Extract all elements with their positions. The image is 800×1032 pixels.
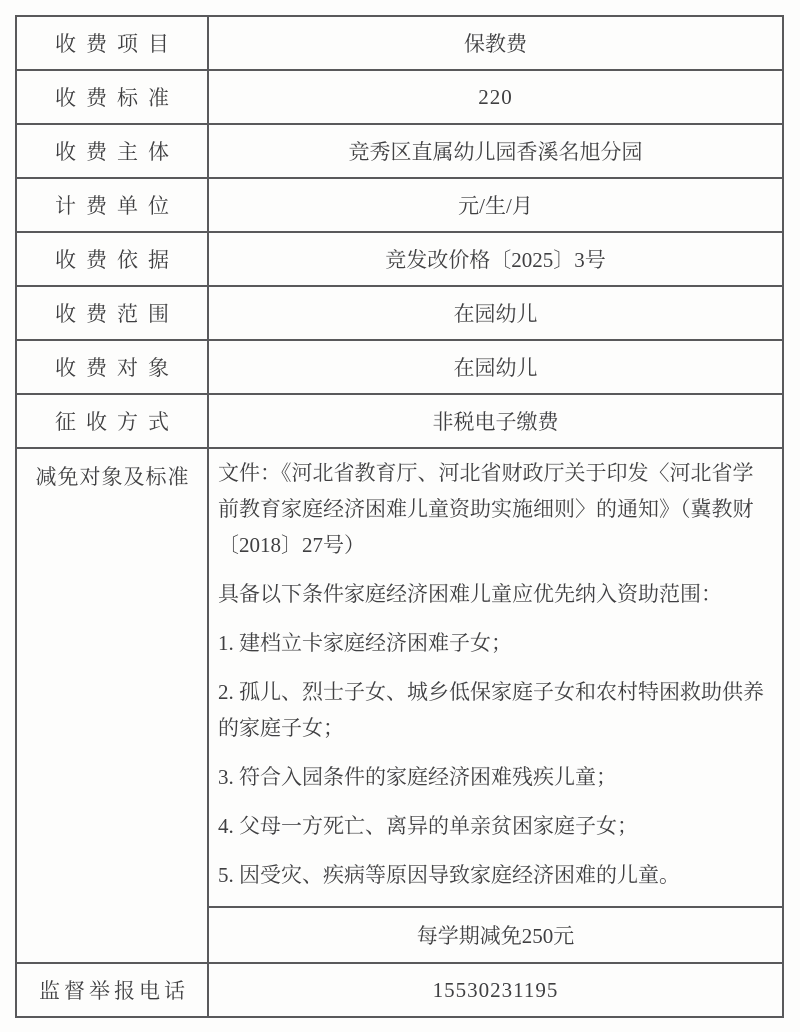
table-row: 收费依据 竞发改价格〔2025〕3号: [17, 233, 782, 287]
table-row: 收费标准 220: [17, 71, 782, 125]
row-label-fee-item: 收费项目: [17, 17, 209, 69]
reduction-paragraph: 1. 建档立卡家庭经济困难子女；: [218, 625, 772, 661]
row-label-report-hotline: 监督举报电话: [17, 964, 209, 1016]
row-value-collection-method: 非税电子缴费: [209, 395, 782, 447]
reduction-paragraph: 5. 因受灾、疾病等原因导致家庭经济困难的儿童。: [218, 857, 772, 893]
table-row-reduction: 减免对象及标准 文件：《河北省教育厅、河北省财政厅关于印发〈河北省学前教育家庭经…: [17, 449, 782, 964]
row-value-report-hotline: 15530231195: [209, 964, 782, 1016]
row-label-fee-scope: 收费范围: [17, 287, 209, 339]
table-row: 收费范围 在园幼儿: [17, 287, 782, 341]
row-label-fee-standard: 收费标准: [17, 71, 209, 123]
row-label-fee-entity: 收费主体: [17, 125, 209, 177]
row-value-fee-standard: 220: [209, 71, 782, 123]
row-label-collection-method: 征收方式: [17, 395, 209, 447]
reduction-paragraph: 3. 符合入园条件的家庭经济困难残疾儿童；: [218, 759, 772, 795]
table-row: 征收方式 非税电子缴费: [17, 395, 782, 449]
table-row: 监督举报电话 15530231195: [17, 964, 782, 1016]
fee-table: 收费项目 保教费 收费标准 220 收费主体 竞秀区直属幼儿园香溪名旭分园 计费…: [15, 15, 784, 1018]
table-row: 收费对象 在园幼儿: [17, 341, 782, 395]
reduction-paragraph: 2. 孤儿、烈士子女、城乡低保家庭子女和农村特困救助供养的家庭子女；: [218, 674, 772, 746]
row-label-reduction: 减免对象及标准: [17, 449, 209, 962]
reduction-paragraph: 文件：《河北省教育厅、河北省财政厅关于印发〈河北省学前教育家庭经济困难儿童资助实…: [218, 455, 772, 563]
row-value-fee-target: 在园幼儿: [209, 341, 782, 393]
table-row: 收费主体 竞秀区直属幼儿园香溪名旭分园: [17, 125, 782, 179]
reduction-paragraph: 具备以下条件家庭经济困难儿童应优先纳入资助范围：: [218, 576, 772, 612]
reduction-text: 文件：《河北省教育厅、河北省财政厅关于印发〈河北省学前教育家庭经济困难儿童资助实…: [209, 449, 782, 906]
table-row: 收费项目 保教费: [17, 17, 782, 71]
reduction-value-cell: 文件：《河北省教育厅、河北省财政厅关于印发〈河北省学前教育家庭经济困难儿童资助实…: [209, 449, 782, 962]
row-value-billing-unit: 元/生/月: [209, 179, 782, 231]
row-value-fee-basis: 竞发改价格〔2025〕3号: [209, 233, 782, 285]
fee-disclosure-page: 收费项目 保教费 收费标准 220 收费主体 竞秀区直属幼儿园香溪名旭分园 计费…: [0, 0, 800, 1032]
reduction-summary: 每学期减免250元: [209, 906, 782, 962]
row-label-fee-basis: 收费依据: [17, 233, 209, 285]
row-value-fee-scope: 在园幼儿: [209, 287, 782, 339]
table-row: 计费单位 元/生/月: [17, 179, 782, 233]
row-label-billing-unit: 计费单位: [17, 179, 209, 231]
row-label-fee-target: 收费对象: [17, 341, 209, 393]
reduction-paragraph: 4. 父母一方死亡、离异的单亲贫困家庭子女；: [218, 808, 772, 844]
row-value-fee-item: 保教费: [209, 17, 782, 69]
row-value-fee-entity: 竞秀区直属幼儿园香溪名旭分园: [209, 125, 782, 177]
